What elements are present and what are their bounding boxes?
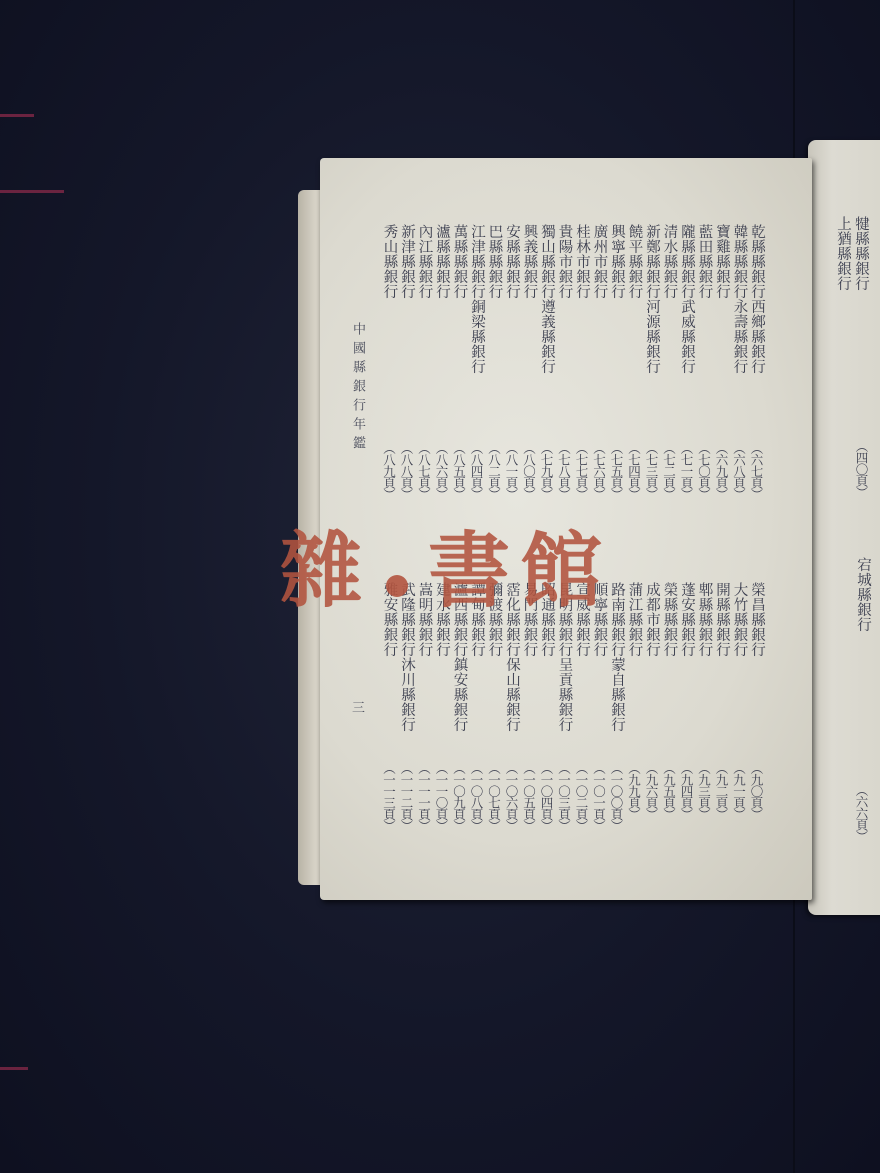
entry-page-ref: （七六頁） (592, 442, 606, 500)
entry-page-ref: （七三頁） (644, 442, 658, 500)
decorative-line (0, 1067, 28, 1070)
right-entry: 宕城縣銀行 (854, 557, 871, 632)
entry-page-ref: （一〇九頁） (452, 762, 466, 831)
entry-name: 內江縣銀行 (416, 224, 433, 299)
entry-name: 獨山縣銀行遵義縣銀行 (538, 224, 555, 374)
entry-page-ref: （九四頁） (679, 762, 693, 820)
entry-page-ref: （七四頁） (627, 442, 641, 500)
entry-page-ref: （九二頁） (714, 762, 728, 820)
entry-name: 安縣縣銀行 (503, 224, 520, 299)
entry-page-ref: （一一二頁） (399, 762, 413, 831)
entry-page-ref: （八〇頁） (522, 442, 536, 500)
entry-name: 蓬安縣銀行 (678, 582, 695, 657)
entry-page-ref: （一〇七頁） (487, 762, 501, 831)
entry-page-ref: （七五頁） (609, 442, 623, 500)
entry-name: 貴陽市銀行 (556, 224, 573, 299)
entry-page-ref: （八一頁） (504, 442, 518, 500)
entry-page-ref: （八八頁） (399, 442, 413, 500)
entry-page-ref: （一〇五頁） (522, 762, 536, 831)
entry-page-ref: （八五頁） (452, 442, 466, 500)
entry-name: 廣州市銀行 (591, 224, 608, 299)
entry-name: 開縣縣銀行 (713, 582, 730, 657)
entry-page-ref: （八七頁） (417, 442, 431, 500)
entry-name: 韓縣縣銀行永壽縣銀行 (731, 224, 748, 374)
entry-page-ref: （九九頁） (627, 762, 641, 820)
entry-name: 榮昌縣銀行 (748, 582, 765, 657)
entry-page-ref: （九六頁） (644, 762, 658, 820)
entry-page-ref: （一〇六頁） (504, 762, 518, 831)
entry-name: 蒲江縣銀行 (626, 582, 643, 657)
entry-name: 乾縣縣銀行西鄉縣銀行 (748, 224, 765, 374)
entry-name: 秀山縣銀行 (381, 224, 398, 299)
entry-page-ref: （九一頁） (732, 762, 746, 820)
entry-name: 武隆縣銀行沐川縣銀行 (398, 582, 415, 732)
entry-name: 大竹縣銀行 (731, 582, 748, 657)
entry-name: 清水縣銀行 (661, 224, 678, 299)
entry-name: 新津縣銀行 (398, 224, 415, 299)
entry-name: 江津縣銀行銅梁縣銀行 (468, 224, 485, 374)
entry-name: 榮縣縣銀行 (661, 582, 678, 657)
entry-page-ref: （一一三頁） (382, 762, 396, 831)
right-entry: 犍縣縣銀行 (852, 216, 869, 291)
entry-page-ref: （六七頁） (749, 442, 763, 500)
folio-page-number: 三 (352, 697, 365, 716)
entry-page-ref: （七九頁） (539, 442, 553, 500)
entry-page-ref: （九三頁） (697, 762, 711, 820)
watermark-char: 雜 (280, 530, 362, 612)
decorative-line (0, 190, 64, 193)
entry-name: 藍田縣銀行 (696, 224, 713, 299)
running-head: 中國縣銀行年鑑 (348, 322, 367, 455)
entry-name: 巴縣縣銀行 (486, 224, 503, 299)
entry-page-ref: （六八頁） (732, 442, 746, 500)
entry-page-ref: （一〇三頁） (557, 762, 571, 831)
entry-name: 桂林市銀行 (573, 224, 590, 299)
entry-name: 新鄭縣銀行河源縣銀行 (643, 224, 660, 374)
entry-name: 興義縣銀行 (521, 224, 538, 299)
entry-page-ref: （八九頁） (382, 442, 396, 500)
entry-page-ref: （一〇八頁） (469, 762, 483, 831)
watermark-dot (386, 575, 408, 597)
entry-name: 郫縣縣銀行 (696, 582, 713, 657)
right-page-ref: （四〇頁） (854, 440, 868, 498)
entry-name: 隴縣縣銀行武威縣銀行 (678, 224, 695, 374)
entry-name: 瀘縣縣銀行 (433, 224, 450, 299)
right-page-ref: （六六頁） (854, 784, 868, 842)
entry-page-ref: （七〇頁） (697, 442, 711, 500)
entry-page-ref: （一〇二頁） (574, 762, 588, 831)
entry-page-ref: （八六頁） (434, 442, 448, 500)
entry-page-ref: （一一〇頁） (434, 762, 448, 831)
entry-name: 路南縣銀行蒙自縣銀行 (608, 582, 625, 732)
watermark-char: 書 (428, 530, 510, 612)
entry-name: 饒平縣銀行 (626, 224, 643, 299)
entry-page-ref: （七七頁） (574, 442, 588, 500)
entry-page-ref: （八四頁） (469, 442, 483, 500)
right-page: 犍縣縣銀行 上猶縣銀行 （四〇頁） 宕城縣銀行 （六六頁） (808, 140, 880, 915)
entry-page-ref: （九五頁） (662, 762, 676, 820)
entry-page-ref: （一〇〇頁） (609, 762, 623, 831)
decorative-line (0, 114, 34, 117)
entry-name: 寶雞縣銀行 (713, 224, 730, 299)
right-entry: 上猶縣銀行 (834, 216, 851, 291)
watermark-char: 館 (520, 530, 602, 612)
entry-name: 興寧縣銀行 (608, 224, 625, 299)
entry-page-ref: （九〇頁） (749, 762, 763, 820)
entry-page-ref: （六九頁） (714, 442, 728, 500)
entry-name: 萬縣縣銀行 (451, 224, 468, 299)
entry-page-ref: （一〇四頁） (539, 762, 553, 831)
entry-page-ref: （七一頁） (679, 442, 693, 500)
entry-page-ref: （七二頁） (662, 442, 676, 500)
entry-page-ref: （八二頁） (487, 442, 501, 500)
entry-page-ref: （七八頁） (557, 442, 571, 500)
entry-name: 成都市銀行 (643, 582, 660, 657)
entry-page-ref: （一一一頁） (417, 762, 431, 831)
entry-page-ref: （一〇一頁） (592, 762, 606, 831)
